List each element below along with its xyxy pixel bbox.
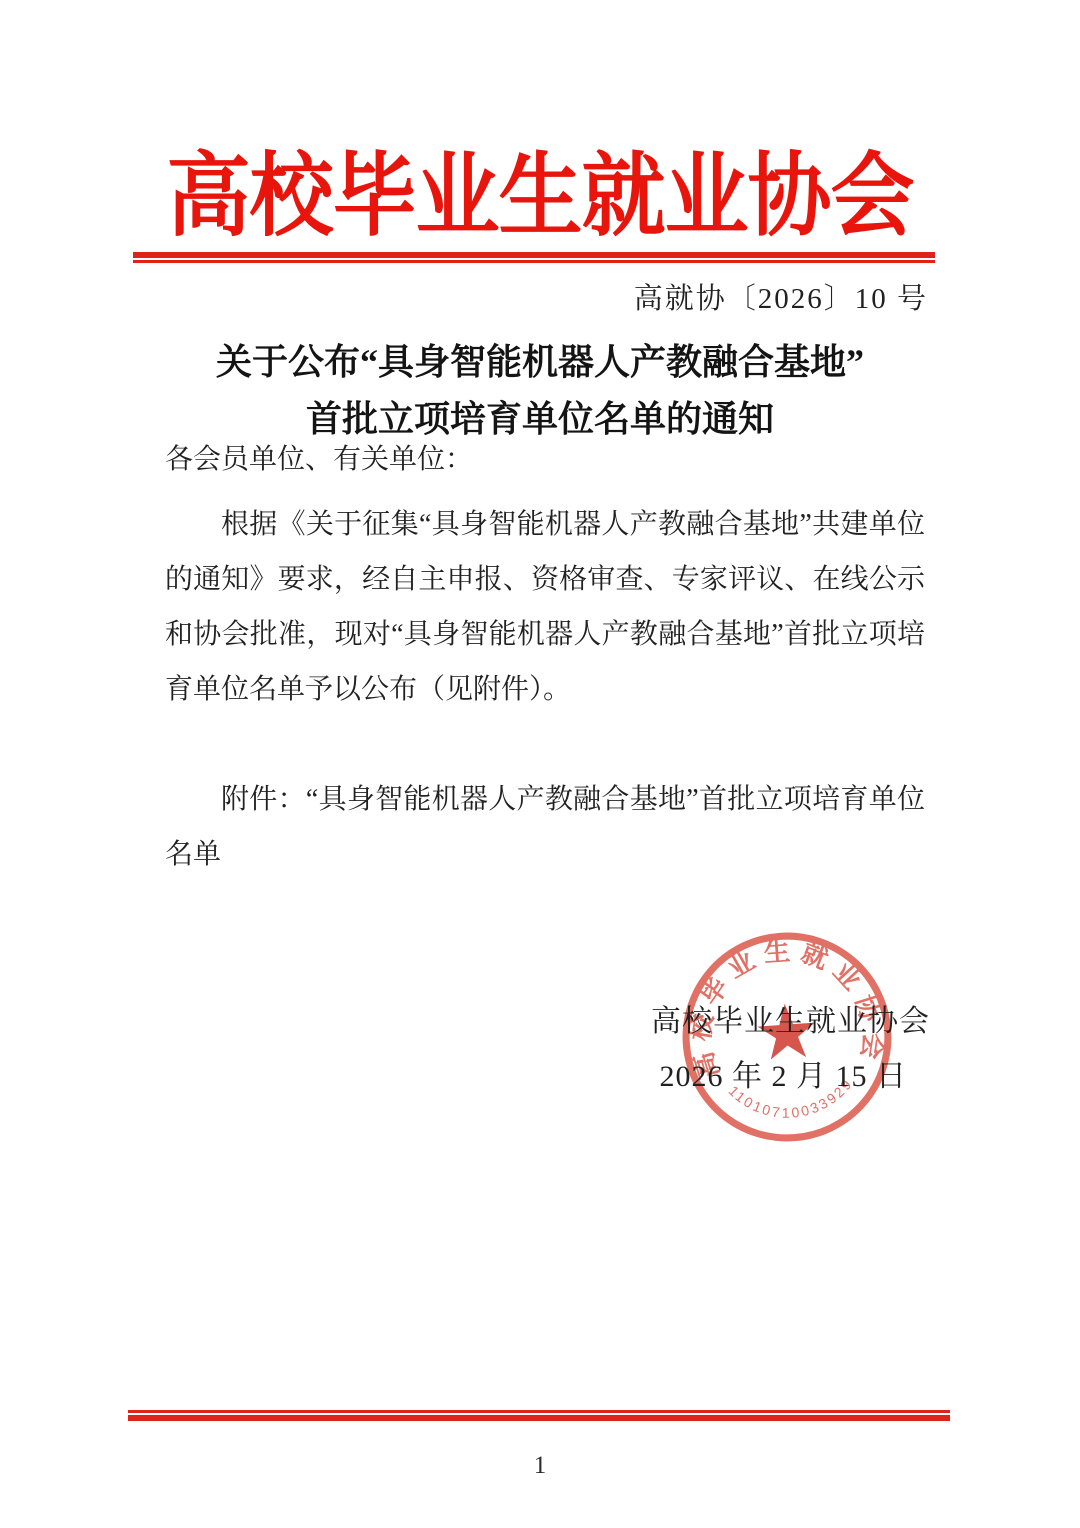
org-header-title: 高校毕业生就业协会 <box>0 142 1080 254</box>
footer-divider <box>128 1410 950 1421</box>
footer-divider-thick-line <box>128 1415 950 1421</box>
doc-title-line2: 首批立项培育单位名单的通知 <box>0 391 1080 448</box>
document-page: 高校毕业生就业协会 高就协〔2026〕10 号 关于公布“具身智能机器人产教融合… <box>0 0 1080 1528</box>
doc-title-line1: 关于公布“具身智能机器人产教融合基地” <box>0 334 1080 391</box>
signature-org: 高校毕业生就业协会 <box>651 996 930 1040</box>
header-divider <box>133 252 935 263</box>
signature-date: 2026 年 2 月 15 日 <box>660 1051 908 1095</box>
doc-title: 关于公布“具身智能机器人产教融合基地” 首批立项培育单位名单的通知 <box>0 334 1080 448</box>
page-number: 1 <box>0 1452 1080 1480</box>
attachment-note: 附件：“具身智能机器人产教融合基地”首批立项培育单位名单 <box>165 772 925 882</box>
body-paragraph: 根据《关于征集“具身智能机器人产教融合基地”共建单位的通知》要求，经自主申报、资… <box>165 497 925 717</box>
salutation: 各会员单位、有关单位： <box>165 432 473 487</box>
doc-number: 高就协〔2026〕10 号 <box>634 276 928 317</box>
header-divider-thin-line <box>133 260 935 263</box>
